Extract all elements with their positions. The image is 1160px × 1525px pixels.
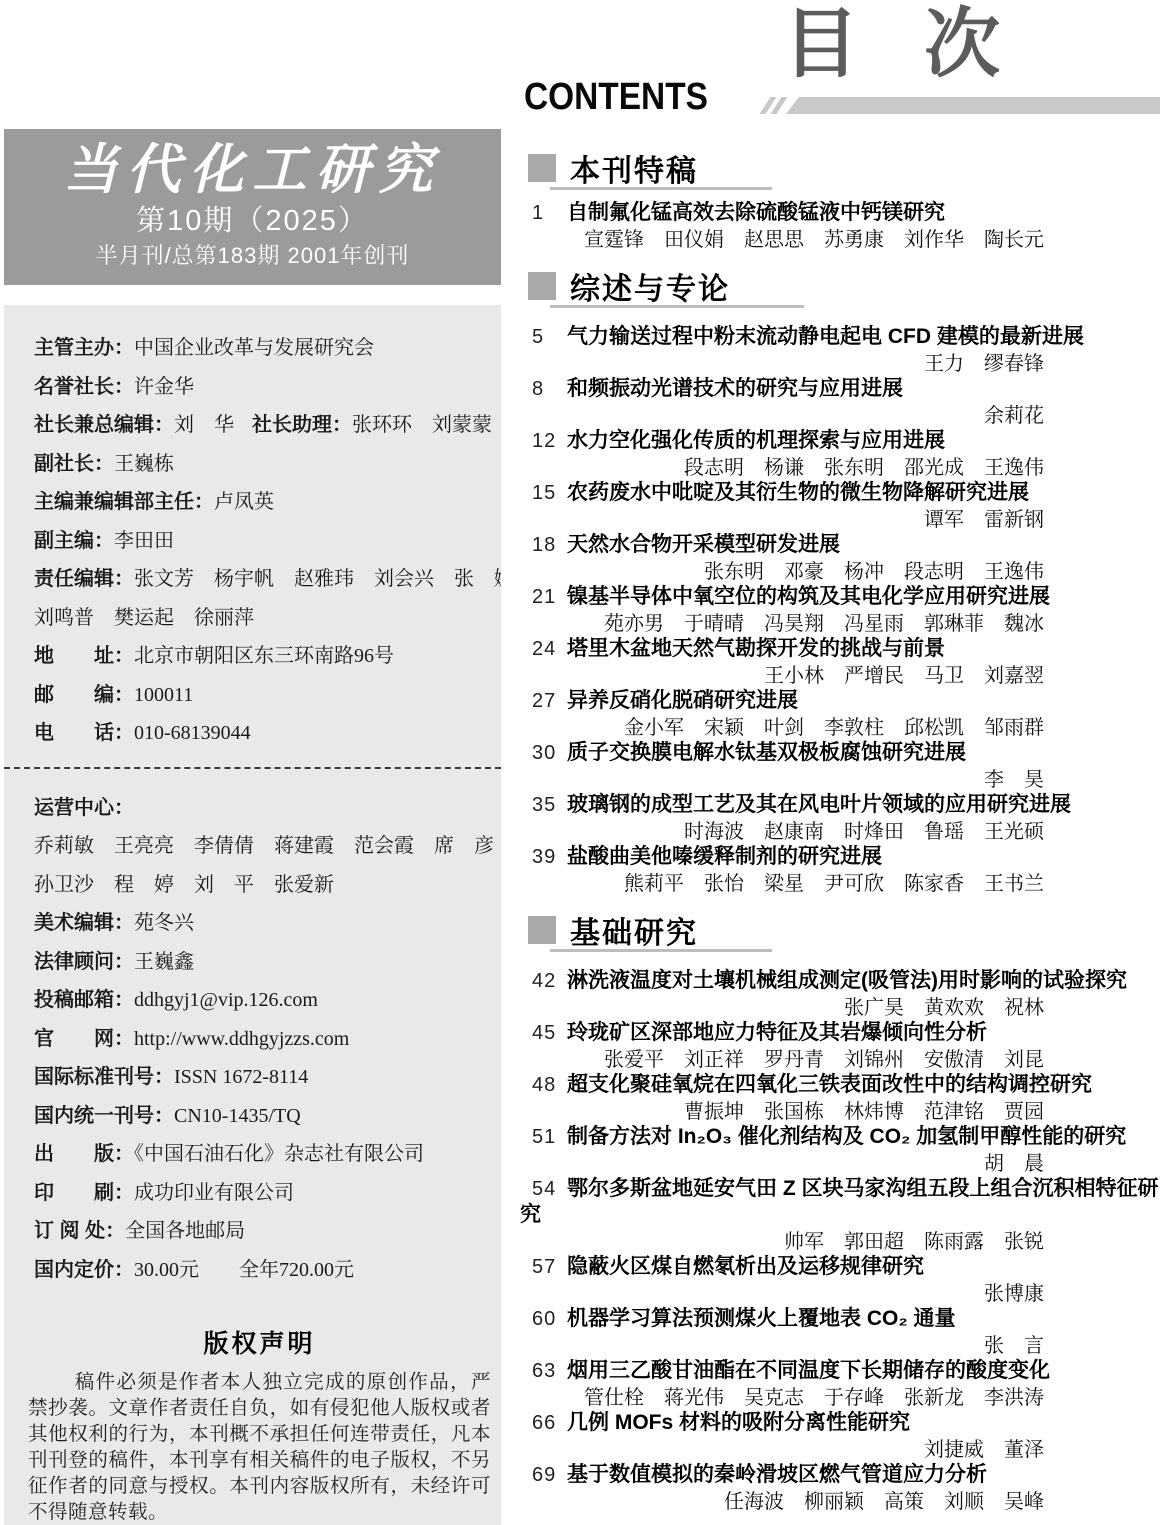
article-item: 45玲珑矿区深部地应力特征及其岩爆倾向性分析 张爱平 刘正祥 罗丹青 刘锦州 安…: [520, 1020, 1160, 1072]
article-title[interactable]: 玻璃钢的成型工艺及其在风电叶片领域的应用研究进展: [567, 793, 1071, 816]
info-label: 邮 编：: [34, 684, 134, 706]
info-label: 主管主办：: [34, 337, 134, 359]
article-item: 30质子交换膜电解水钛基双极板腐蚀研究进展 李 昊: [520, 740, 1160, 792]
info-value: ISSN 1672-8114: [174, 1066, 308, 1088]
article-item: 39盐酸曲美他嗪缓释制剂的研究进展 熊莉平 张怡 梁星 尹可欣 陈家香 王书兰: [520, 844, 1160, 896]
info-value: 刘鸣普 樊运起 徐丽萍: [34, 607, 254, 629]
section-reviews: 综述与专论 5气力输送过程中粉末流动静电起电 CFD 建模的最新进展 王力 缪春…: [520, 252, 1160, 896]
info-row: 名誉社长：许金华: [34, 368, 495, 407]
article-authors: 段志明 杨谦 张东明 邵光成 王逸伟: [520, 454, 1160, 480]
article-page-number: 30: [532, 740, 565, 766]
article-title-line: 35玻璃钢的成型工艺及其在风电叶片领域的应用研究进展: [520, 792, 1160, 818]
article-title-line: 12水力空化强化传质的机理探索与应用进展: [520, 428, 1160, 454]
article-title[interactable]: 镍基半导体中氧空位的构筑及其电化学应用研究进展: [567, 585, 1050, 608]
info-row: 副主编：李田田: [34, 522, 495, 561]
article-title[interactable]: 烟用三乙酸甘油酯在不同温度下长期储存的酸度变化: [567, 1359, 1050, 1382]
article-title-line: 60机器学习算法预测煤火上覆地表 CO₂ 通量: [520, 1306, 1160, 1332]
issue-number: 第10期（2025）: [4, 201, 501, 241]
info-label: 主编兼编辑部主任：: [34, 491, 214, 513]
info-label: 名誉社长：: [34, 376, 134, 398]
article-title-line: 18天然水合物开采模型研发进展: [520, 532, 1160, 558]
info-row: 地 址：北京市朝阳区东三环南路96号: [34, 637, 495, 676]
publication-info-panel: 主管主办：中国企业改革与发展研究会 名誉社长：许金华 社长兼总编辑：刘 华社长助…: [4, 305, 501, 1525]
article-title-line: 5气力输送过程中粉末流动静电起电 CFD 建模的最新进展: [520, 324, 1160, 350]
article-item: 24塔里木盆地天然气勘探开发的挑战与前景 王小林 严增民 马卫 刘嘉翌: [520, 636, 1160, 688]
article-item: 27异养反硝化脱硝研究进展 金小军 宋颖 叶剑 李敦柱 邱松凯 邹雨群: [520, 688, 1160, 740]
article-title-line: 51制备方法对 In₂O₃ 催化剂结构及 CO₂ 加氢制甲醇性能的研究: [520, 1124, 1160, 1150]
info-value: 中国企业改革与发展研究会: [134, 337, 374, 359]
article-item: 35玻璃钢的成型工艺及其在风电叶片领域的应用研究进展 时海波 赵康南 时烽田 鲁…: [520, 792, 1160, 844]
info-row: 国内定价：30.00元 全年720.00元: [34, 1251, 495, 1290]
article-item: 66几例 MOFs 材料的吸附分离性能研究 刘捷威 董泽: [520, 1410, 1160, 1462]
article-page-number: 63: [532, 1358, 565, 1384]
article-authors: 胡 晨: [520, 1150, 1160, 1176]
article-page-number: 57: [532, 1254, 565, 1280]
article-title-line: 63烟用三乙酸甘油酯在不同温度下长期储存的酸度变化: [520, 1358, 1160, 1384]
article-title[interactable]: 质子交换膜电解水钛基双极板腐蚀研究进展: [567, 741, 966, 764]
article-page-number: 8: [532, 376, 565, 402]
article-authors: 管仕栓 蒋光伟 吴克志 于存峰 张新龙 李洪涛: [520, 1384, 1160, 1410]
info-label: 国内定价：: [34, 1259, 134, 1281]
info-label: 美术编辑：: [34, 912, 134, 934]
article-item: 57隐蔽火区煤自燃氡析出及运移规律研究 张博康: [520, 1254, 1160, 1306]
article-title-line: 45玲珑矿区深部地应力特征及其岩爆倾向性分析: [520, 1020, 1160, 1046]
article-title[interactable]: 农药废水中吡啶及其衍生物的微生物降解研究进展: [567, 481, 1029, 504]
article-item: 51制备方法对 In₂O₃ 催化剂结构及 CO₂ 加氢制甲醇性能的研究 胡 晨: [520, 1124, 1160, 1176]
masthead: 当代化工研究 第10期（2025） 半月刊/总第183期 2001年创刊: [4, 129, 501, 285]
article-authors: 苑亦男 于晴晴 冯昊翔 冯星雨 郭琳菲 魏冰: [520, 610, 1160, 636]
info-value: 刘 华: [174, 414, 234, 436]
info-row: 官 网：http://www.ddhgyjzzs.com: [34, 1020, 495, 1059]
article-title[interactable]: 制备方法对 In₂O₃ 催化剂结构及 CO₂ 加氢制甲醇性能的研究: [567, 1125, 1126, 1148]
copyright-body: 稿件必须是作者本人独立完成的原创作品，严禁抄袭。文章作者责任自负，如有侵犯他人版…: [28, 1369, 491, 1525]
article-title-line: 48超支化聚硅氧烷在四氧化三铁表面改性中的结构调控研究: [520, 1072, 1160, 1098]
article-page-number: 60: [532, 1306, 565, 1332]
article-title[interactable]: 盐酸曲美他嗪缓释制剂的研究进展: [567, 845, 882, 868]
info-row: 国内统一刊号：CN10-1435/TQ: [34, 1097, 495, 1136]
article-authors: 王力 缪春锋: [520, 350, 1160, 376]
section-square-icon: [528, 916, 556, 944]
info-row: 出 版：《中国石油石化》杂志社有限公司: [34, 1135, 495, 1174]
article-item: 54鄂尔多斯盆地延安气田 Z 区块马家沟组五段上组合沉积相特征研究 帅军 郭田超…: [520, 1176, 1160, 1254]
info-value: 王巍鑫: [134, 951, 194, 973]
article-title[interactable]: 玲珑矿区深部地应力特征及其岩爆倾向性分析: [567, 1021, 987, 1044]
article-page-number: 24: [532, 636, 565, 662]
article-item: 63烟用三乙酸甘油酯在不同温度下长期储存的酸度变化 管仕栓 蒋光伟 吴克志 于存…: [520, 1358, 1160, 1410]
info-row: 法律顾问：王巍鑫: [34, 943, 495, 982]
info-row: 运营中心：: [34, 789, 495, 828]
info-label: 法律顾问：: [34, 951, 134, 973]
info-label: 电 话：: [34, 722, 134, 744]
article-title-line: 57隐蔽火区煤自燃氡析出及运移规律研究: [520, 1254, 1160, 1280]
article-title-line: 15农药废水中吡啶及其衍生物的微生物降解研究进展: [520, 480, 1160, 506]
article-authors: 张东明 邓豪 杨冲 段志明 王逸伟: [520, 558, 1160, 584]
copyright-title: 版权声明: [28, 1329, 491, 1359]
article-page-number: 1: [532, 200, 565, 226]
article-item: 5气力输送过程中粉末流动静电起电 CFD 建模的最新进展 王力 缪春锋: [520, 324, 1160, 376]
info-value: 孙卫沙 程 婷 刘 平 张爱新: [34, 874, 334, 896]
info-row: 主编兼编辑部主任：卢凤英: [34, 483, 495, 522]
article-title-line: 27异养反硝化脱硝研究进展: [520, 688, 1160, 714]
article-item: 1自制氟化锰高效去除硫酸锰液中钙镁研究 宣霆锋 田仪娟 赵思思 苏勇康 刘作华 …: [520, 200, 1160, 252]
info-row: 责任编辑：张文芳 杨宇帆 赵雅玮 刘会兴 张 娜: [34, 560, 495, 599]
article-title-line: 69基于数值模拟的秦岭滑坡区燃气管道应力分析: [520, 1462, 1160, 1488]
info-value: 全国各地邮局: [125, 1220, 245, 1242]
info-value: 成功印业有限公司: [134, 1182, 294, 1204]
info-value: 许金华: [134, 376, 194, 398]
info-label: 责任编辑：: [34, 568, 134, 590]
copyright-notice: 版权声明 稿件必须是作者本人独立完成的原创作品，严禁抄袭。文章作者责任自负，如有…: [28, 1329, 491, 1525]
article-page-number: 35: [532, 792, 565, 818]
journal-contents-page: 当代化工研究 第10期（2025） 半月刊/总第183期 2001年创刊 主管主…: [0, 0, 1160, 1525]
article-title[interactable]: 鄂尔多斯盆地延安气田 Z 区块马家沟组五段上组合沉积相特征研究: [520, 1177, 1159, 1226]
info-row: 投稿邮箱：ddhgyj1@vip.126.com: [34, 981, 495, 1020]
info-value: 北京市朝阳区东三环南路96号: [134, 645, 394, 667]
info-label: 运营中心：: [34, 797, 134, 819]
article-item: 15农药废水中吡啶及其衍生物的微生物降解研究进展 谭军 雷新钢: [520, 480, 1160, 532]
info-row: 订 阅 处：全国各地邮局: [34, 1212, 495, 1251]
info-label: 印 刷：: [34, 1182, 134, 1204]
info-label: 国际标准刊号：: [34, 1066, 174, 1088]
info-label: 副社长：: [34, 453, 114, 475]
article-title-line: 54鄂尔多斯盆地延安气田 Z 区块马家沟组五段上组合沉积相特征研究: [520, 1176, 1160, 1228]
info-value: 张环环 刘蒙蒙: [352, 414, 492, 436]
info-value: 王巍栋: [114, 453, 174, 475]
info-row: 乔莉敏 王亮亮 李倩倩 蒋建霞 范会霞 席 彦: [34, 827, 495, 866]
article-item: 12水力空化强化传质的机理探索与应用进展 段志明 杨谦 张东明 邵光成 王逸伟: [520, 428, 1160, 480]
article-title[interactable]: 和频振动光谱技术的研究与应用进展: [567, 377, 903, 400]
article-title-line: 24塔里木盆地天然气勘探开发的挑战与前景: [520, 636, 1160, 662]
article-title-line: 42淋洗液温度对土壤机械组成测定(吸管法)用时影响的试验探究: [520, 968, 1160, 994]
info-value: 张文芳 杨宇帆 赵雅玮 刘会兴 张 娜: [134, 568, 501, 590]
section-special-feature: 本刊特稿 1自制氟化锰高效去除硫酸锰液中钙镁研究 宣霆锋 田仪娟 赵思思 苏勇康…: [520, 150, 1160, 252]
article-item: 69基于数值模拟的秦岭滑坡区燃气管道应力分析 任海波 柳丽颖 高策 刘顺 吴峰: [520, 1462, 1160, 1514]
article-authors: 张广昊 黄欢欢 祝林: [520, 994, 1160, 1020]
info-row: 副社长：王巍栋: [34, 445, 495, 484]
article-title-line: 8和频振动光谱技术的研究与应用进展: [520, 376, 1160, 402]
article-title-line: 1自制氟化锰高效去除硫酸锰液中钙镁研究: [520, 200, 1160, 226]
section-square-icon: [528, 154, 556, 182]
article-title[interactable]: 几例 MOFs 材料的吸附分离性能研究: [567, 1411, 910, 1434]
article-item: 8和频振动光谱技术的研究与应用进展 余莉花: [520, 376, 1160, 428]
article-page-number: 21: [532, 584, 565, 610]
info-row: 社长兼总编辑：刘 华社长助理：张环环 刘蒙蒙: [34, 406, 495, 445]
article-authors: 谭军 雷新钢: [520, 506, 1160, 532]
article-title[interactable]: 超支化聚硅氧烷在四氧化三铁表面改性中的结构调控研究: [567, 1073, 1092, 1096]
article-authors: 帅军 郭田超 陈雨露 张锐: [520, 1228, 1160, 1254]
article-authors: 余莉花: [520, 402, 1160, 428]
article-page-number: 15: [532, 480, 565, 506]
article-authors: 宣霆锋 田仪娟 赵思思 苏勇康 刘作华 陶长元: [520, 226, 1160, 252]
article-title[interactable]: 隐蔽火区煤自燃氡析出及运移规律研究: [567, 1255, 924, 1278]
info-label: 社长助理：: [252, 414, 352, 436]
article-item: 18天然水合物开采模型研发进展 张东明 邓豪 杨冲 段志明 王逸伟: [520, 532, 1160, 584]
info-row: 孙卫沙 程 婷 刘 平 张爱新: [34, 866, 495, 905]
section-title: 综述与专论: [570, 264, 730, 308]
article-title-line: 21镍基半导体中氧空位的构筑及其电化学应用研究进展: [520, 584, 1160, 610]
section-title: 本刊特稿: [570, 146, 698, 190]
article-page-number: 18: [532, 532, 565, 558]
article-page-number: 66: [532, 1410, 565, 1436]
info-value: ddhgyj1@vip.126.com: [134, 989, 318, 1011]
article-title[interactable]: 淋洗液温度对土壤机械组成测定(吸管法)用时影响的试验探究: [567, 969, 1127, 992]
article-authors: 任海波 柳丽颖 高策 刘顺 吴峰: [520, 1488, 1160, 1514]
info-row: 美术编辑：苑冬兴: [34, 904, 495, 943]
article-page-number: 39: [532, 844, 565, 870]
info-value: http://www.ddhgyjzzs.com: [134, 1028, 349, 1050]
article-authors: 时海波 赵康南 时烽田 鲁瑶 王光硕: [520, 818, 1160, 844]
article-page-number: 48: [532, 1072, 565, 1098]
info-label: 投稿邮箱：: [34, 989, 134, 1011]
article-page-number: 5: [532, 324, 565, 350]
journal-title: 当代化工研究: [4, 137, 501, 201]
info-row: 主管主办：中国企业改革与发展研究会: [34, 329, 495, 368]
info-value: 李田田: [114, 530, 174, 552]
article-title[interactable]: 塔里木盆地天然气勘探开发的挑战与前景: [567, 637, 945, 660]
dashed-divider: [4, 767, 501, 769]
article-item: 42淋洗液温度对土壤机械组成测定(吸管法)用时影响的试验探究 张广昊 黄欢欢 祝…: [520, 968, 1160, 1020]
info-label: 地 址：: [34, 645, 134, 667]
info-row: 电 话：010-68139044: [34, 714, 495, 753]
article-title[interactable]: 异养反硝化脱硝研究进展: [567, 689, 798, 712]
article-page-number: 54: [532, 1176, 565, 1202]
article-page-number: 42: [532, 968, 565, 994]
info-value: 30.00元 全年720.00元: [134, 1259, 354, 1281]
info-value: 卢凤英: [214, 491, 274, 513]
info-label: 订 阅 处：: [34, 1220, 125, 1242]
article-title[interactable]: 自制氟化锰高效去除硫酸锰液中钙镁研究: [567, 201, 945, 224]
table-of-contents: 目 次 CONTENTS 本刊特稿 1自制氟化锰高效去除硫酸锰液中钙镁研究 宣霆…: [520, 0, 1160, 1525]
info-label: 副主编：: [34, 530, 114, 552]
info-label: 出 版：: [34, 1143, 134, 1165]
info-row: 印 刷：成功印业有限公司: [34, 1174, 495, 1213]
article-authors: 王小林 严增民 马卫 刘嘉翌: [520, 662, 1160, 688]
info-value: 乔莉敏 王亮亮 李倩倩 蒋建霞 范会霞 席 彦: [34, 835, 494, 857]
article-title-line: 30质子交换膜电解水钛基双极板腐蚀研究进展: [520, 740, 1160, 766]
info-row: 国际标准刊号：ISSN 1672-8114: [34, 1058, 495, 1097]
section-title: 基础研究: [570, 908, 698, 952]
info-label: 社长兼总编辑：: [34, 414, 174, 436]
issue-frequency: 半月刊/总第183期 2001年创刊: [4, 241, 501, 271]
article-item: 60机器学习算法预测煤火上覆地表 CO₂ 通量 张 言: [520, 1306, 1160, 1358]
article-page-number: 45: [532, 1020, 565, 1046]
section-square-icon: [528, 272, 556, 300]
article-title[interactable]: 气力输送过程中粉末流动静电起电 CFD 建模的最新进展: [567, 325, 1084, 348]
info-value: 100011: [134, 684, 193, 706]
info-value: 010-68139044: [134, 722, 251, 744]
article-page-number: 51: [532, 1124, 565, 1150]
article-title-line: 66几例 MOFs 材料的吸附分离性能研究: [520, 1410, 1160, 1436]
info-value: CN10-1435/TQ: [174, 1105, 301, 1127]
article-authors: 李 昊: [520, 766, 1160, 792]
article-item: 48超支化聚硅氧烷在四氧化三铁表面改性中的结构调控研究 曹振坤 张国栋 林炜博 …: [520, 1072, 1160, 1124]
toc-body: 本刊特稿 1自制氟化锰高效去除硫酸锰液中钙镁研究 宣霆锋 田仪娟 赵思思 苏勇康…: [520, 0, 1160, 1514]
article-item: 21镍基半导体中氧空位的构筑及其电化学应用研究进展 苑亦男 于晴晴 冯昊翔 冯星…: [520, 584, 1160, 636]
section-header: 本刊特稿: [528, 150, 698, 186]
info-label: 国内统一刊号：: [34, 1105, 174, 1127]
article-authors: 金小军 宋颖 叶剑 李敦柱 邱松凯 邹雨群: [520, 714, 1160, 740]
article-title[interactable]: 基于数值模拟的秦岭滑坡区燃气管道应力分析: [567, 1463, 987, 1486]
info-value: 《中国石油石化》杂志社有限公司: [134, 1143, 424, 1165]
article-authors: 曹振坤 张国栋 林炜博 范津铭 贾园: [520, 1098, 1160, 1124]
article-authors: 张爱平 刘正祥 罗丹青 刘锦州 安傲清 刘昆: [520, 1046, 1160, 1072]
section-basic-research: 基础研究 42淋洗液温度对土壤机械组成测定(吸管法)用时影响的试验探究 张广昊 …: [520, 896, 1160, 1514]
info-row: 刘鸣普 樊运起 徐丽萍: [34, 599, 495, 638]
info-label: 官 网：: [34, 1028, 134, 1050]
section-header: 基础研究: [528, 912, 698, 948]
article-authors: 张 言: [520, 1332, 1160, 1358]
article-authors: 张博康: [520, 1280, 1160, 1306]
info-value: 苑冬兴: [134, 912, 194, 934]
article-title[interactable]: 天然水合物开采模型研发进展: [567, 533, 840, 556]
article-page-number: 12: [532, 428, 565, 454]
article-title[interactable]: 机器学习算法预测煤火上覆地表 CO₂ 通量: [567, 1307, 956, 1330]
article-page-number: 69: [532, 1462, 565, 1488]
article-authors: 熊莉平 张怡 梁星 尹可欣 陈家香 王书兰: [520, 870, 1160, 896]
info-row: 邮 编：100011: [34, 676, 495, 715]
article-title-line: 39盐酸曲美他嗪缓释制剂的研究进展: [520, 844, 1160, 870]
section-header: 综述与专论: [528, 268, 730, 304]
article-page-number: 27: [532, 688, 565, 714]
article-title[interactable]: 水力空化强化传质的机理探索与应用进展: [567, 429, 945, 452]
article-authors: 刘捷威 董泽: [520, 1436, 1160, 1462]
